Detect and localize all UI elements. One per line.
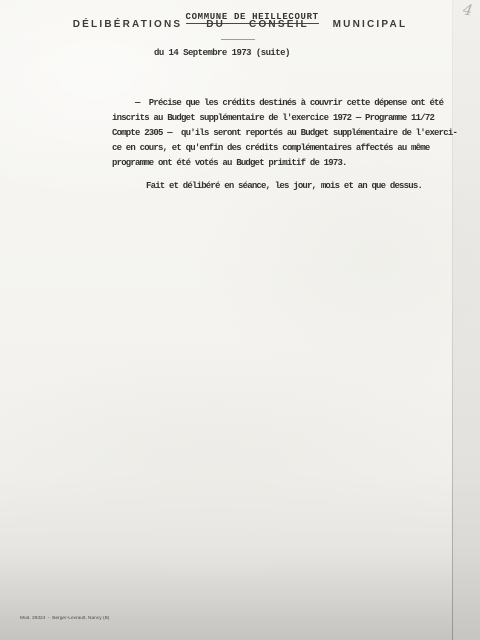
scanned-document-page: COMMUNE DE HEILLECOURT DÉLIBÉRATIONS DU …	[0, 0, 480, 640]
paragraph-line: Compte 2305 — qu'ils seront reportés au …	[112, 126, 462, 141]
session-date-line: du 14 Septembre 1973 (suite)	[154, 48, 290, 58]
paragraph-line: ce en cours, et qu'enfin des crédits com…	[112, 141, 462, 156]
paragraph-line: — Précise que les crédits destinés à cou…	[112, 96, 462, 111]
closing-formula-line: Fait et délibéré en séance, les jour, mo…	[146, 181, 422, 191]
printer-mark: Mod. 29324 - Berger-Levrault, Nancy (B)	[20, 616, 109, 621]
title-underline-rule	[221, 39, 255, 40]
paragraph-line: programme ont été votés au Budget primit…	[112, 156, 462, 171]
paragraph-line: inscrits au Budget supplémentaire de l'e…	[112, 111, 462, 126]
deliberation-paragraph: — Précise que les crédits destinés à cou…	[112, 96, 462, 171]
document-title: DÉLIBÉRATIONS DU CONSEIL MUNICIPAL	[0, 19, 480, 30]
